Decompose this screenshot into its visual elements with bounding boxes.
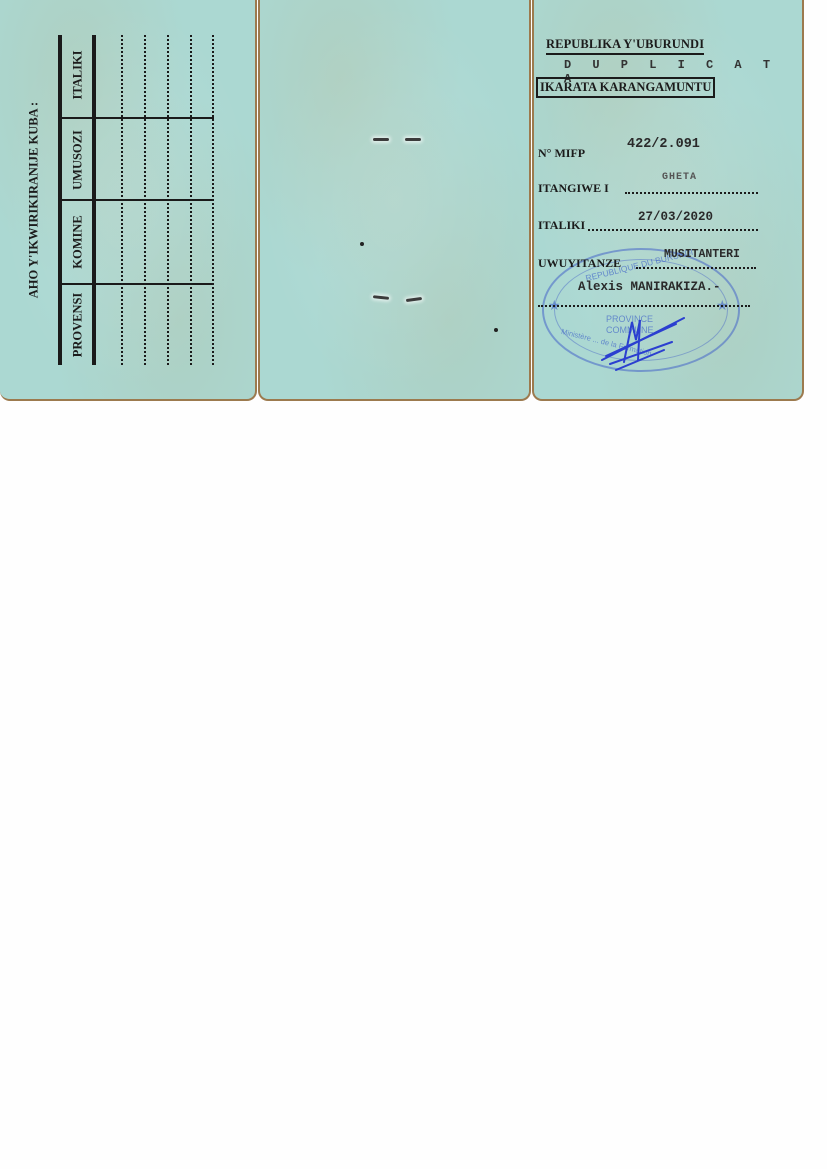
column-separator [60,199,214,201]
staple-mark [405,138,421,141]
field-label-issuer: UWUYITANZE [538,256,621,271]
ink-speck [360,242,364,246]
dotted-fill-line [588,229,758,231]
residence-changes-title: AHO Y'IKWIRIKIRANIJE KUBA : [27,102,42,298]
field-value-date: 27/03/2020 [638,210,713,224]
column-header-italiki: ITALIKI [71,50,86,99]
field-label-issued-at: ITANGIWE I [538,181,609,196]
dotted-fill-line [625,192,758,194]
dotted-fill-line [636,267,756,269]
field-value-issuer-name: Alexis MANIRAKIZA.- [578,280,721,294]
country-heading: REPUBLIKA Y'UBURUNDI [546,37,704,55]
ink-speck [494,328,498,332]
card-panel-right: REPUBLIKA Y'UBURUNDI D U P L I C A T A I… [532,0,804,401]
field-label-number: N° MIFP [538,146,585,161]
staple-mark [373,295,389,300]
card-panel-middle [258,0,531,401]
column-header-provensi: PROVENSI [71,293,86,358]
column-header-komine: KOMINE [71,215,86,268]
field-value-number: 422/2.091 [627,137,700,152]
field-value-issued-at: GHETA [662,172,697,183]
field-value-issuer-title: MUSITANTERI [664,248,740,261]
signature-icon [594,300,694,372]
field-label-date: ITALIKI [538,218,585,233]
staple-mark [406,297,422,302]
card-panel-left: AHO Y'IKWIRIKIRANIJE KUBA : PROVENSI KOM… [0,0,257,401]
column-header-umusozi: UMUSOZI [71,130,86,190]
column-separator [60,117,214,119]
staple-mark [373,138,389,141]
column-separator [60,283,214,285]
card-title-box: IKARATA KARANGAMUNTU [536,77,715,98]
